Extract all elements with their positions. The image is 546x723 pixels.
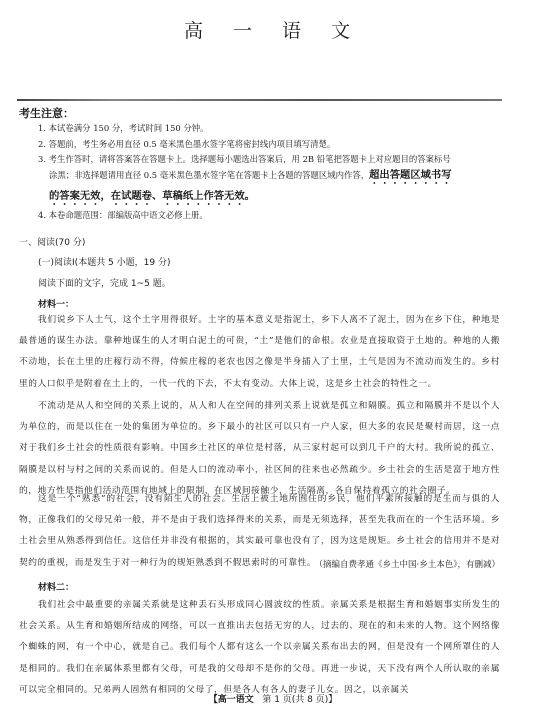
section-heading: 一、阅读(70 分): [19, 235, 85, 248]
page-footer: 【高一语文 第 1 页(共 8 页)】: [0, 692, 546, 705]
material-1-label: 材料一：: [38, 297, 74, 310]
notice-emphasis-a: 超出答题区域书写: [369, 169, 451, 181]
material-2-label: 材料二：: [38, 580, 74, 593]
material-2-paragraph-1: 我们社会中最重要的亲属关系就是这种丢石头形成同心圆波纹的性质。亲属关系是根据生育…: [19, 595, 500, 701]
material-1-source: （摘编自费孝通《乡土中国·乡土本色》，有删减）: [315, 558, 500, 570]
notice-emphasis-b: 的答案无效，在试题卷、草稿纸上作答无效。: [49, 190, 255, 202]
subsection-heading: (一)阅读Ⅰ(本题共 5 小题，19 分): [38, 255, 170, 268]
material-1-paragraph-2: 不流动是从人和空间的关系上说的，从人和人在空间的排列关系上说就是孤立和隔膜。孤立…: [19, 396, 500, 502]
notice-item-3-text: 涂黑；非选择题请用直径 0.5 毫米黑色墨水签字笔在答题卡上各题的答题区域内作答…: [49, 170, 369, 180]
notice-list: 1. 本试卷满分 150 分，考试时间 150 分钟。 2. 答题前，考生务必用…: [38, 121, 508, 223]
notice-item-3-continuation: 涂黑；非选择题请用直径 0.5 毫米黑色墨水签字笔在答题卡上各题的答题区域内作答…: [38, 168, 508, 187]
notice-heading: 考生注意：: [19, 105, 74, 121]
material-1-paragraph-1: 我们说乡下人土气，这个土字用得很好。土字的基本意义是指泥土，乡下人离不了泥土，因…: [19, 310, 500, 395]
notice-item-1: 1. 本试卷满分 150 分，考试时间 150 分钟。: [38, 121, 508, 137]
notice-item-4: 4. 本卷命题范围：部编版高中语文必修上册。: [38, 208, 508, 224]
notice-emphasis-line: 的答案无效，在试题卷、草稿纸上作答无效。: [38, 187, 508, 208]
page-title: 高 一 语 文: [0, 16, 546, 43]
instruction-text: 阅读下面的文字，完成 1~5 题。: [38, 276, 171, 289]
header-divider: [17, 99, 502, 101]
footer-subject: 【高一语文: [209, 695, 254, 705]
notice-item-3: 3. 考生作答时，请将答案答在答题卡上。选择题每小题选出答案后，用 2B 铅笔把…: [38, 152, 508, 168]
footer-page-number: 第 1 页(共 8 页)】: [262, 695, 337, 705]
notice-item-2: 2. 答题前，考生务必用直径 0.5 毫米黑色墨水签字笔将密封线内项目填写清楚。: [38, 137, 508, 153]
